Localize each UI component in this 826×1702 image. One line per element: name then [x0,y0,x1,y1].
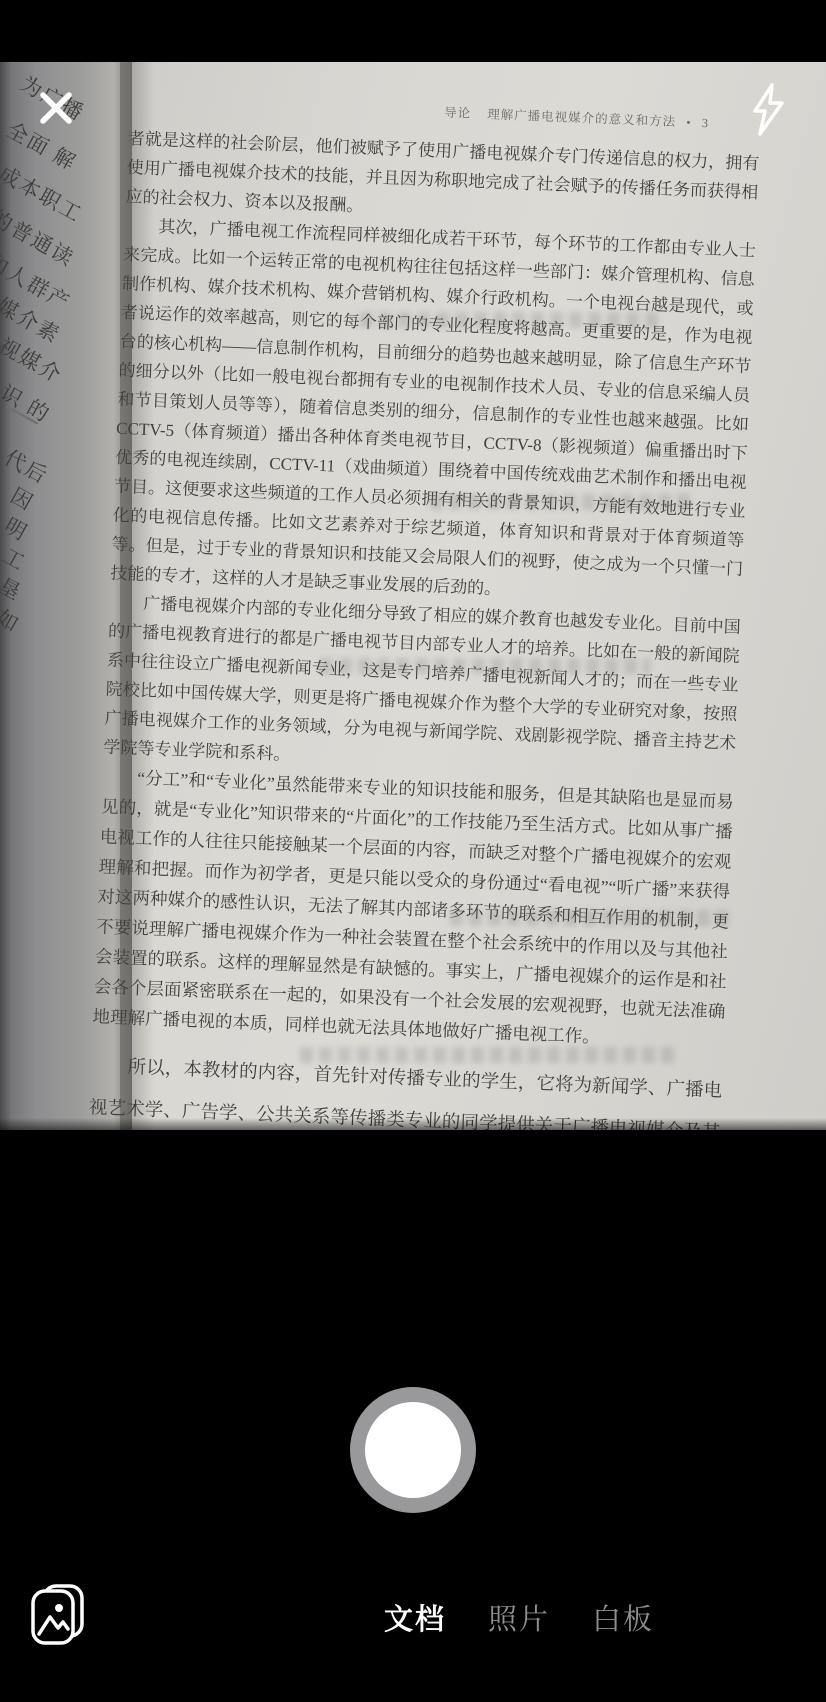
viewfinder-bottom-shade [0,1118,826,1130]
photo-gallery-icon [28,1580,88,1648]
close-icon [36,88,76,128]
camera-app-screen: 为广播 全面 解 成本职工 的普通读 和人群产 媒介素 视媒介 识 的 代后 因… [0,0,826,1702]
paragraph: 其次，广播电视工作流程同样被细化成若干环节，每个环节的工作都由专业人士来完成。比… [110,211,757,613]
paragraph: “分工”和“专业化”虽然能带来专业的知识技能和服务，但是其缺陷也是显而易见的，就… [92,761,734,1056]
mode-tab-whiteboard[interactable]: 白板 [592,1597,654,1638]
left-page-fragment: 明 [0,510,34,547]
close-button[interactable] [36,88,76,128]
mode-tab-photo[interactable]: 照片 [488,1597,550,1638]
gallery-button[interactable] [28,1580,88,1648]
book-page-text: 导论 理解广播电视媒介的意义和方法 • 3 者就是这样的社会阶层，他们被赋予了使… [85,86,762,1130]
mode-tab-document[interactable]: 文档 [384,1597,446,1638]
left-page-fragment: 垦 [0,570,28,607]
camera-mode-tabs: 文档 照片 白板 [384,1597,654,1638]
left-page-fragment: 如 [0,602,26,639]
page-number: 3 [701,116,709,130]
shutter-icon [365,1402,461,1498]
page-header-title: 理解广播电视媒介的意义和方法 [487,107,676,129]
page-header-section: 导论 [444,106,472,121]
flash-lightning-icon [748,82,792,138]
page-header-bullet: • [686,115,692,129]
left-page-fragment: 工 [0,540,32,577]
flash-button[interactable] [748,82,792,138]
camera-viewfinder[interactable]: 为广播 全面 解 成本职工 的普通读 和人群产 媒介素 视媒介 识 的 代后 因… [0,62,826,1130]
paragraph: 广播电视媒介内部的专业化细分导致了相应的媒介教育也越发专业化。目前中国的广播电视… [103,588,741,787]
shutter-button[interactable] [350,1387,476,1513]
